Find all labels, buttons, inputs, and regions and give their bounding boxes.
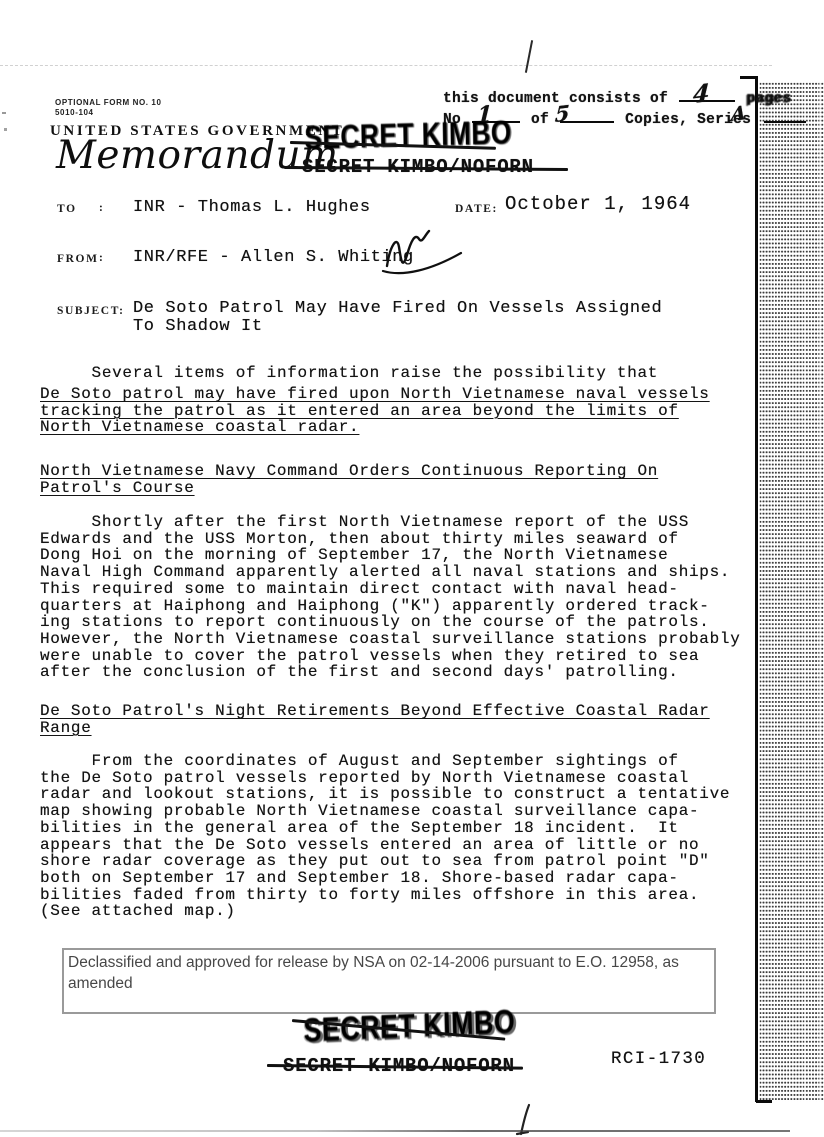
to-value: INR - Thomas L. Hughes	[133, 199, 371, 216]
handwritten-copy-total: 5	[554, 100, 570, 127]
series-blank	[764, 108, 806, 123]
to-label: TO	[57, 203, 77, 215]
from-value: INR/RFE - Allen S. Whiting	[133, 249, 414, 266]
copy-of-label: of	[531, 112, 549, 128]
scan-artifact-left-mark-2	[4, 128, 7, 131]
paragraph-2: Shortly after the first North Vietnamese…	[40, 514, 800, 681]
section-heading-2: De Soto Patrol's Night Retirements Beyon…	[40, 703, 780, 736]
from-colon: :	[99, 252, 104, 264]
pages-word: pages	[746, 91, 791, 107]
from-label: FROM	[57, 253, 99, 265]
date-label: DATE:	[455, 203, 498, 215]
paragraph-1-underlined: De Soto patrol may have fired upon North…	[40, 386, 780, 436]
section-heading-1: North Vietnamese Navy Command Orders Con…	[40, 463, 780, 496]
scan-artifact-bottom-line	[0, 1130, 790, 1132]
binder-edge-bottom-tick	[756, 1100, 772, 1103]
memorandum-title: Memorandum	[56, 133, 339, 178]
handwritten-pages-count: 4	[692, 78, 710, 109]
date-value: October 1, 1964	[505, 196, 691, 213]
to-colon: :	[99, 202, 104, 214]
handwritten-series: A	[730, 102, 746, 126]
secret-kimbo-stamp-top: SECRET KIMBO	[304, 113, 512, 157]
declassification-box: Declassified and approved for release by…	[62, 948, 716, 1014]
paragraph-3: From the coordinates of August and Septe…	[40, 753, 800, 920]
optional-form-number: OPTIONAL FORM NO. 10	[55, 98, 162, 107]
signature-scribble	[381, 226, 465, 278]
copy-count-line1: this document consists of pages 4	[443, 87, 806, 107]
scan-artifact-slash	[525, 40, 534, 73]
declassification-text: Declassified and approved for release by…	[68, 954, 679, 992]
subject-label: SUBJECT:	[57, 305, 125, 317]
scan-artifact-top-line	[0, 65, 772, 66]
form-code: 5010-104	[55, 108, 94, 117]
secret-kimbo-stamp-bottom: SECRET KIMBO	[303, 1003, 516, 1050]
paragraph-1-opening: Several items of information raise the p…	[40, 365, 780, 382]
reference-number: RCI-1730	[611, 1051, 706, 1068]
scan-artifact-left-mark-1	[2, 112, 6, 114]
memorandum-page: this document consists of pages 4 No of …	[0, 0, 824, 1137]
subject-value: De Soto Patrol May Have Fired On Vessels…	[133, 300, 662, 335]
